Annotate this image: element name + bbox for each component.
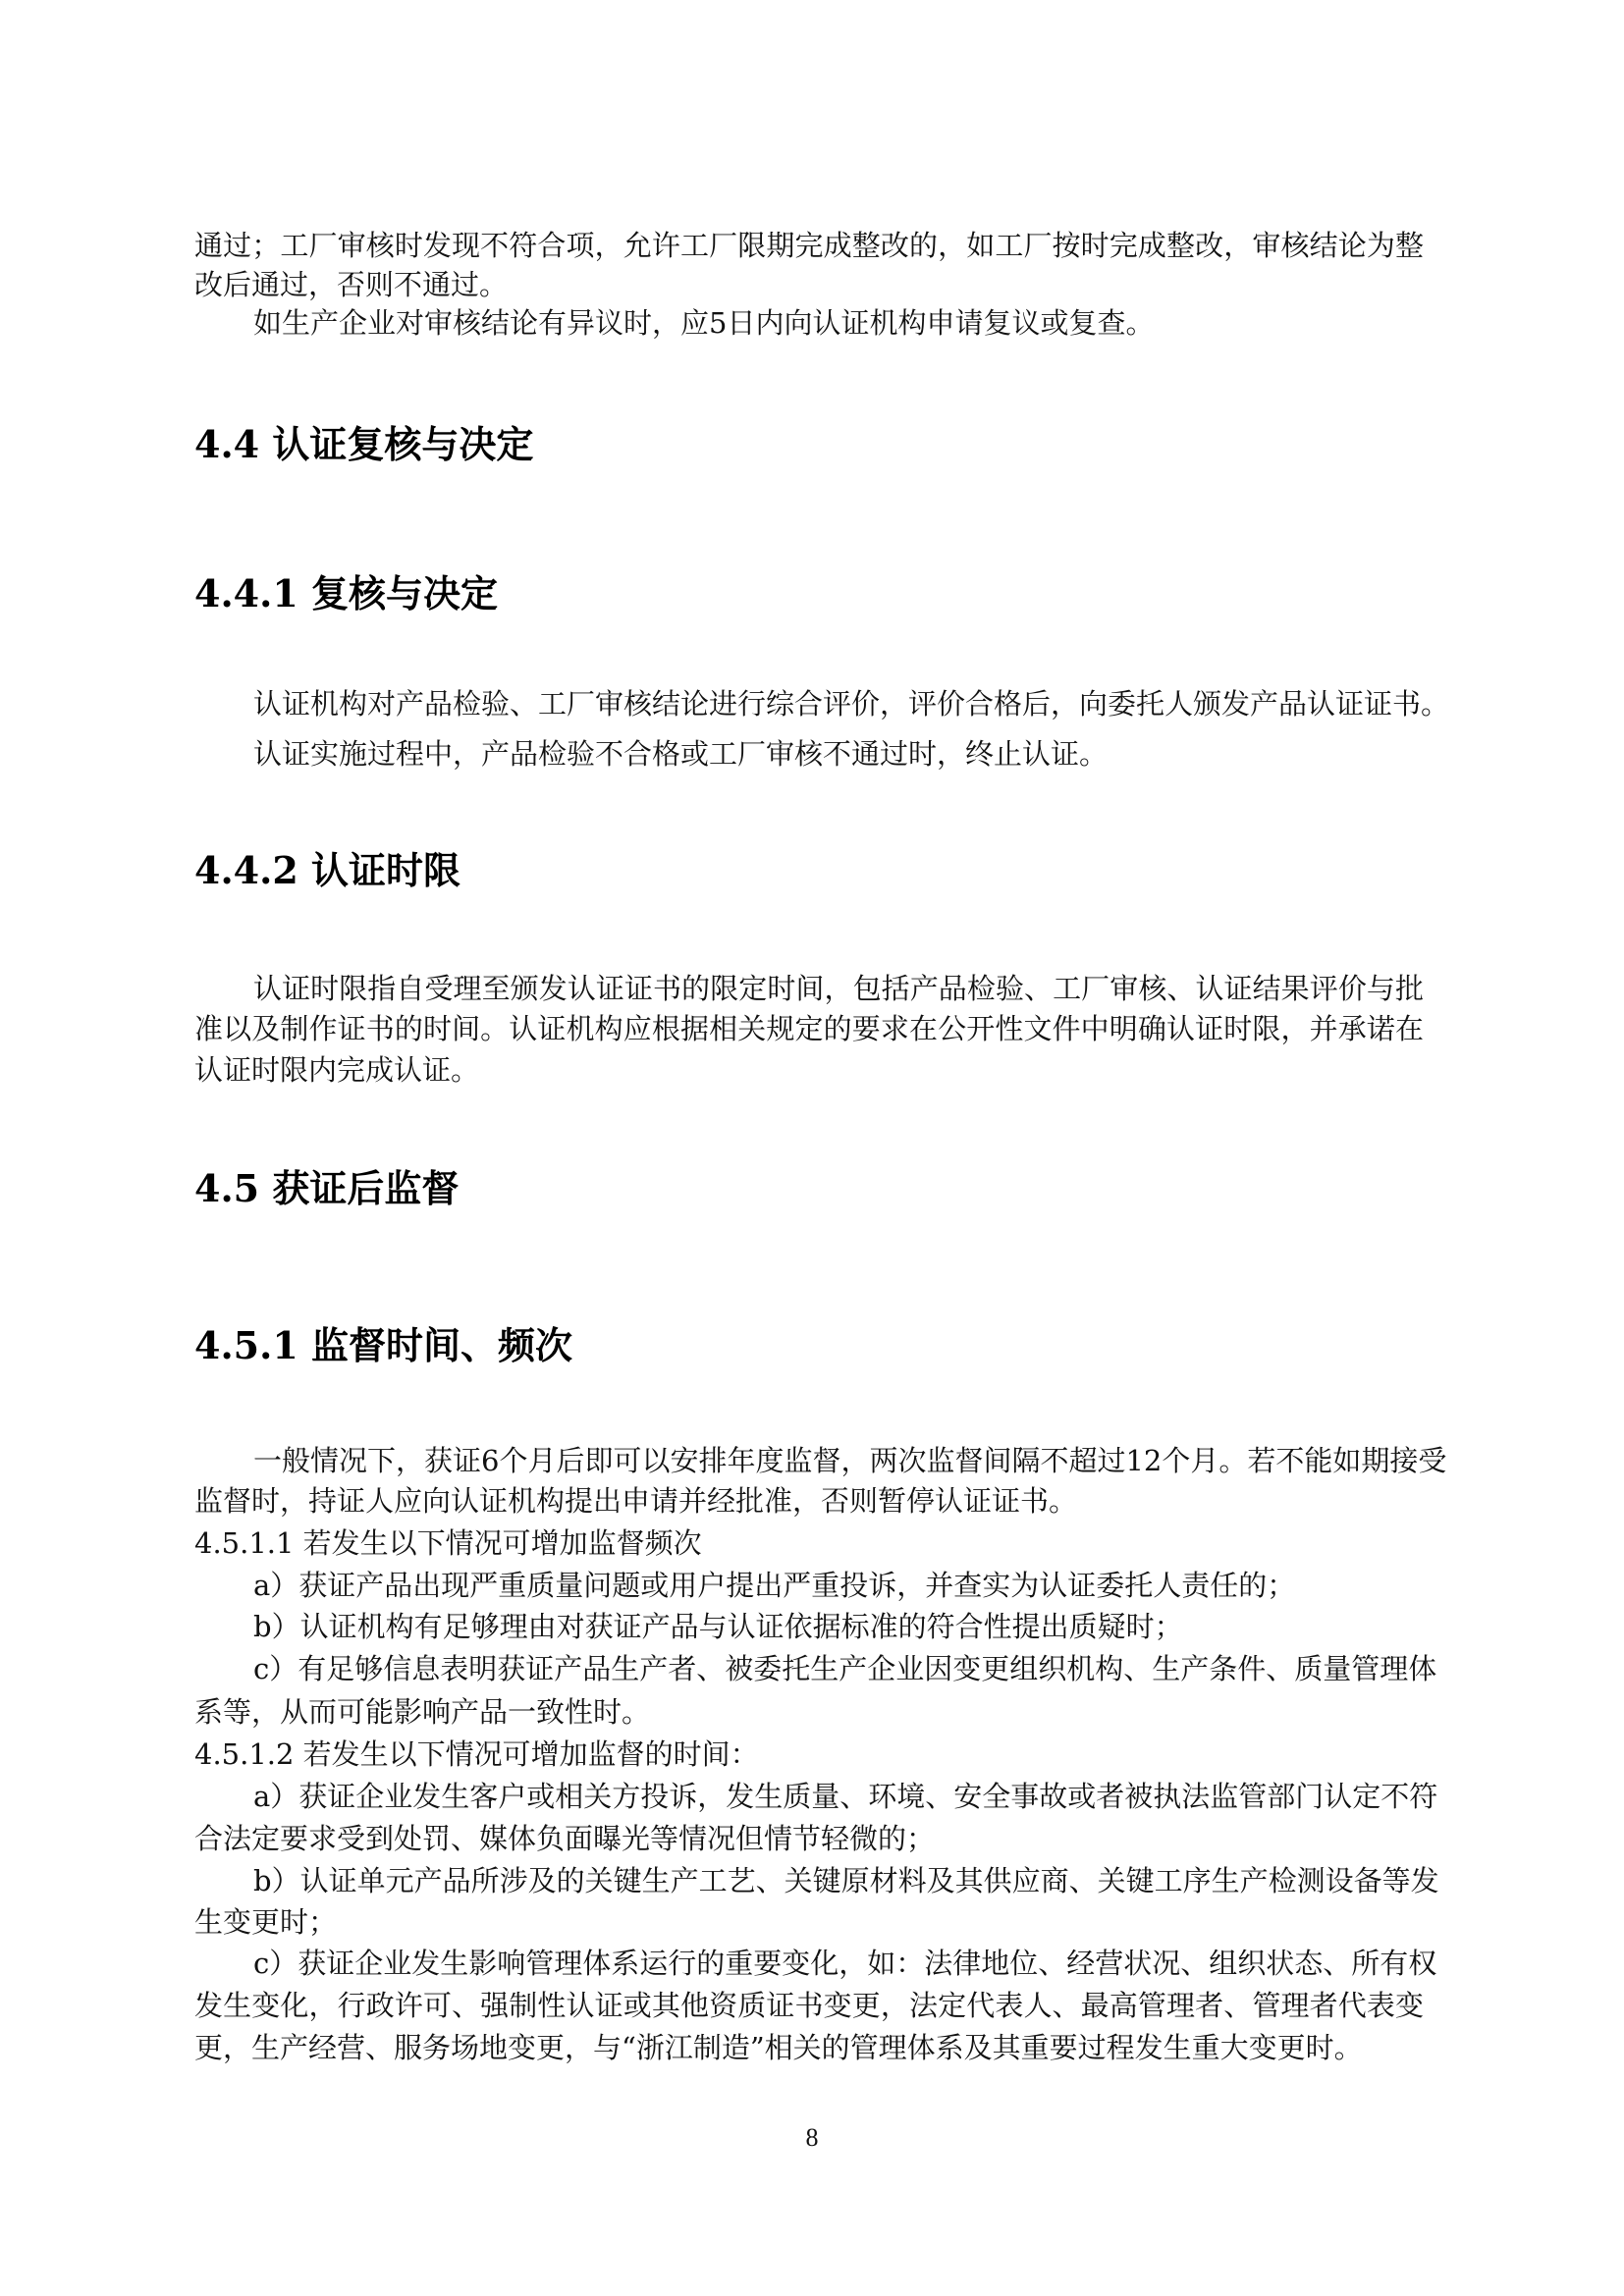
section-heading-4-4: 4.4 认证复核与决定 (194, 420, 533, 469)
paragraph-line: 准以及制作证书的时间。认证机构应根据相关规定的要求在公开性文件中明确认证时限，并… (194, 1009, 1424, 1048)
paragraph-line: 改后通过，否则不通过。 (194, 265, 1424, 304)
section-heading-4-5: 4.5 获证后监督 (194, 1164, 459, 1213)
list-item-c: c）有足够信息表明获证产品生产者、被委托生产企业因变更组织机构、生产条件、质量管… (253, 1649, 1424, 1688)
paragraph-line: 认证实施过程中，产品检验不合格或工厂审核不通过时，终止认证。 (253, 734, 1424, 774)
list-item-c-continued: 更，生产经营、服务场地变更，与“浙江制造”相关的管理体系及其重要过程发生重大变更… (194, 2028, 1424, 2067)
list-item-c-continued: 发生变化，行政许可、强制性认证或其他资质证书变更，法定代表人、最高管理者、管理者… (194, 1986, 1424, 2025)
list-item-b: b）认证机构有足够理由对获证产品与认证依据标准的符合性提出质疑时； (253, 1607, 1424, 1646)
paragraph-line: 如生产企业对审核结论有异议时，应5日内向认证机构申请复议或复查。 (253, 303, 1424, 343)
subsection-title-4-5-1-1: 4.5.1.1 若发生以下情况可增加监督频次 (194, 1523, 1424, 1563)
subsection-title-4-5-1-2: 4.5.1.2 若发生以下情况可增加监督的时间： (194, 1735, 1424, 1774)
list-item-a: a）获证企业发生客户或相关方投诉，发生质量、环境、安全事故或者被执法监管部门认定… (253, 1777, 1424, 1816)
section-heading-4-5-1: 4.5.1 监督时间、频次 (194, 1321, 572, 1370)
paragraph-line: 认证时限指自受理至颁发认证证书的限定时间，包括产品检验、工厂审核、认证结果评价与… (253, 969, 1424, 1008)
list-item-a-continued: 合法定要求受到处罚、媒体负面曝光等情况但情节轻微的； (194, 1819, 1424, 1858)
document-page: 通过；工厂审核时发现不符合项，允许工厂限期完成整改的，如工厂按时完成整改，审核结… (0, 0, 1624, 2296)
list-item-c-continued: 系等，从而可能影响产品一致性时。 (194, 1692, 1424, 1732)
list-item-b-continued: 生变更时； (194, 1902, 1424, 1942)
paragraph-line: 通过；工厂审核时发现不符合项，允许工厂限期完成整改的，如工厂按时完成整改，审核结… (194, 226, 1424, 265)
paragraph-line: 认证机构对产品检验、工厂审核结论进行综合评价，评价合格后，向委托人颁发产品认证证… (253, 684, 1424, 723)
paragraph-line: 一般情况下，获证6个月后即可以安排年度监督，两次监督间隔不超过12个月。若不能如… (253, 1441, 1424, 1480)
list-item-c: c）获证企业发生影响管理体系运行的重要变化，如：法律地位、经营状况、组织状态、所… (253, 1944, 1424, 1983)
paragraph-line: 认证时限内完成认证。 (194, 1050, 1424, 1090)
page-number: 8 (0, 2120, 1624, 2156)
section-heading-4-4-2: 4.4.2 认证时限 (194, 846, 460, 895)
list-item-a: a）获证产品出现严重质量问题或用户提出严重投诉，并查实为认证委托人责任的； (253, 1566, 1424, 1605)
paragraph-line: 监督时，持证人应向认证机构提出申请并经批准，否则暂停认证证书。 (194, 1481, 1424, 1521)
list-item-b: b）认证单元产品所涉及的关键生产工艺、关键原材料及其供应商、关键工序生产检测设备… (253, 1861, 1424, 1900)
section-heading-4-4-1: 4.4.1 复核与决定 (194, 569, 498, 618)
